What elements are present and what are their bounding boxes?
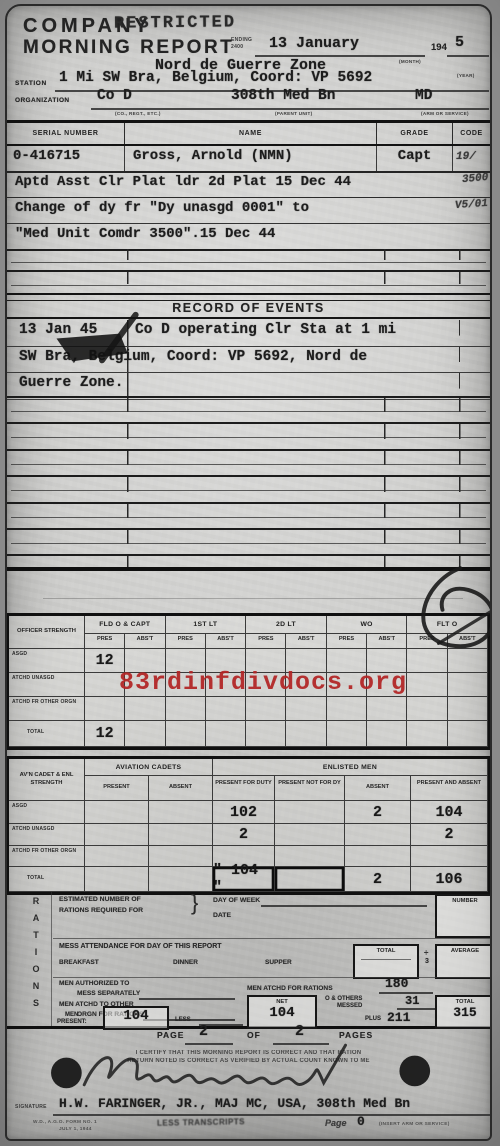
empty-cell bbox=[275, 801, 345, 824]
report-date-value: 13 January bbox=[269, 35, 359, 52]
form-title-morning-report: MORNING REPORT bbox=[23, 37, 234, 59]
em-asgd-absent: 2 bbox=[345, 801, 411, 824]
empty-cell bbox=[407, 673, 447, 697]
event-date: 13 Jan 45 bbox=[19, 322, 97, 338]
men-authorized-label-2: MESS SEPARATELY bbox=[77, 990, 140, 997]
estimated-rations-label-1: ESTIMATED NUMBER OF bbox=[59, 896, 141, 903]
subcol-abst: ABS'T bbox=[206, 634, 246, 649]
year-caption: (YEAR) bbox=[457, 73, 475, 78]
subcol-absent: ABSENT bbox=[345, 776, 411, 801]
col-header-grade: GRADE bbox=[377, 123, 453, 144]
signature-label: SIGNATURE bbox=[15, 1104, 47, 1110]
empty-cell bbox=[448, 697, 488, 721]
mess-attendance-label: MESS ATTENDANCE FOR DAY OF THIS REPORT bbox=[59, 943, 222, 950]
blank-line bbox=[139, 998, 235, 1000]
roster-row-4: "Med Unit Comdr 3500".15 Dec 44 bbox=[7, 223, 490, 251]
station-value: 1 Mi SW Bra, Belgium, Coord: VP 5692 bbox=[59, 70, 372, 86]
blank-row bbox=[7, 422, 490, 448]
plus-label: PLUS bbox=[365, 1016, 381, 1022]
empty-cell bbox=[206, 697, 246, 721]
day-of-week-label: DAY OF WEEK bbox=[213, 897, 260, 904]
empty-cell bbox=[206, 721, 246, 747]
empty-cell bbox=[85, 824, 149, 846]
men-authorized-label-1: MEN AUTHORIZED TO bbox=[59, 980, 129, 987]
dinner-label: DINNER bbox=[173, 959, 198, 966]
others-messed-label-1: O & OTHERS bbox=[325, 996, 362, 1002]
empty-cell bbox=[411, 846, 488, 867]
plus-value: 211 bbox=[387, 1010, 410, 1025]
caption-arm-service: (ARM OR SERVICE) bbox=[421, 111, 469, 116]
organization-arm: MD bbox=[415, 88, 432, 104]
record-of-events-title: RECORD OF EVENTS bbox=[172, 301, 325, 315]
form-number: W.D., A.G.O. FORM NO. 1 bbox=[33, 1120, 97, 1125]
net-box: NET 104 bbox=[247, 995, 317, 1029]
em-asgd-present-for-duty: 102 bbox=[213, 801, 275, 824]
subcol-present-and-absent: PRESENT AND ABSENT bbox=[411, 776, 488, 801]
scanned-morning-report: COMPANY RESTRICTED MORNING REPORT ENDING… bbox=[0, 0, 500, 1146]
enlisted-strength-table: AV'N CADET & ENL STRENGTH AVIATION CADET… bbox=[7, 756, 490, 895]
row-divider bbox=[53, 977, 490, 978]
col-group-wo: WO bbox=[327, 616, 408, 634]
ending-time: 2400 bbox=[231, 44, 243, 50]
net-box-label: NET bbox=[249, 997, 315, 1005]
record-of-events-rows: 13 Jan 45 Co D operating Clr Sta at 1 mi… bbox=[7, 320, 490, 400]
divide-glyph: ÷ bbox=[424, 948, 428, 957]
empty-cell bbox=[286, 721, 326, 747]
blank-line bbox=[91, 108, 489, 110]
em-atchd-present-for-duty: 2 bbox=[213, 824, 275, 846]
serial-number-value: 0-416715 bbox=[13, 148, 80, 164]
empty-cell bbox=[407, 649, 447, 673]
organization-label: ORGANIZATION bbox=[15, 97, 70, 104]
row-label-total: TOTAL bbox=[9, 867, 85, 892]
event-row: SW Bra, Belgium, Coord: VP 5692, Nord de bbox=[7, 347, 490, 374]
col-group-aviation-cadets: AVIATION CADETS bbox=[85, 759, 213, 776]
men-present-box: 104 bbox=[103, 1006, 169, 1030]
empty-cell bbox=[149, 846, 213, 867]
blank-roster-row bbox=[7, 270, 490, 294]
subcol-pres: PRES bbox=[85, 634, 125, 649]
blank-row bbox=[7, 528, 490, 554]
empty-cell bbox=[275, 846, 345, 867]
remark-text: Change of dy fr "Dy unasgd 0001" to bbox=[15, 200, 309, 216]
blank-event-rows bbox=[7, 396, 490, 581]
empty-cell bbox=[149, 824, 213, 846]
men-atchd-for-rations-label: MEN ATCHD FOR RATIONS bbox=[247, 985, 333, 992]
record-of-events-header: RECORD OF EVENTS bbox=[7, 299, 490, 319]
station-label: STATION bbox=[15, 80, 47, 87]
page-label: PAGE bbox=[157, 1030, 184, 1040]
page-number: 2 bbox=[199, 1023, 208, 1040]
subcol-abst: ABS'T bbox=[125, 634, 165, 649]
blank-line bbox=[447, 55, 489, 57]
archive-watermark: 83rdinfdivdocs.org bbox=[119, 668, 407, 697]
pages-label: PAGES bbox=[339, 1030, 373, 1040]
roster-row-3: Change of dy fr "Dy unasgd 0001" to V5/0… bbox=[7, 197, 490, 224]
em-asgd-present-and-absent: 104 bbox=[411, 801, 488, 824]
certification-line-1: I CERTIFY THAT THIS MORNING REPORT IS CO… bbox=[7, 1050, 490, 1056]
page-stamp-number: 0 bbox=[357, 1114, 365, 1129]
row-label-atchd-unasgd: ATCHD UNASGD bbox=[9, 673, 85, 697]
men-atchd-for-rations-value: 180 bbox=[385, 976, 408, 991]
men-present-label-2: PRESENT: bbox=[57, 1019, 87, 1025]
average-box: AVERAGE bbox=[435, 944, 492, 979]
grade-value: Capt bbox=[398, 148, 432, 164]
empty-cell bbox=[85, 697, 125, 721]
row-label-atchd-unasgd: ATCHD UNASGD bbox=[9, 824, 85, 846]
grade-cell: Capt bbox=[377, 146, 453, 171]
row-label-atchd-fr-other-orgn: ATCHD FR OTHER ORGN bbox=[9, 697, 85, 721]
subcol-cadets-present: PRESENT bbox=[85, 776, 149, 801]
em-atchd-present-and-absent: 2 bbox=[411, 824, 488, 846]
side-divider bbox=[51, 892, 52, 1026]
grand-total-label: TOTAL bbox=[437, 997, 492, 1005]
empty-cell bbox=[149, 801, 213, 824]
empty-cell bbox=[407, 721, 447, 747]
empty-cell bbox=[85, 846, 149, 867]
row-divider bbox=[53, 938, 490, 939]
subcol-pres: PRES bbox=[327, 634, 367, 649]
certification-line-2: RETURN NOTED IS CORRECT AS VERIFIED BY A… bbox=[7, 1058, 490, 1064]
supper-label: SUPPER bbox=[265, 959, 292, 966]
empty-cell bbox=[327, 721, 367, 747]
event-row: 13 Jan 45 Co D operating Clr Sta at 1 mi bbox=[7, 320, 490, 347]
col-group-flt-o: FLT O bbox=[407, 616, 488, 634]
serial-number-cell: 0-416715 bbox=[7, 146, 125, 171]
roster-row-1: 0-416715 Gross, Arnold (NMN) Capt 19/ bbox=[7, 146, 490, 173]
name-cell: Gross, Arnold (NMN) bbox=[125, 146, 377, 171]
blank-row bbox=[7, 502, 490, 528]
average-box-label: AVERAGE bbox=[437, 946, 492, 954]
col-group-fld-o-capt: FLD O & CAPT bbox=[85, 616, 166, 634]
brace-glyph: } bbox=[191, 890, 198, 916]
blank-row bbox=[7, 396, 490, 422]
col-header-name: NAME bbox=[125, 123, 377, 144]
subcol-cadets-absent: ABSENT bbox=[149, 776, 213, 801]
subcol-abst: ABS'T bbox=[367, 634, 407, 649]
blank-row bbox=[7, 475, 490, 501]
name-value: Gross, Arnold (NMN) bbox=[133, 148, 293, 164]
rations-section: RATIONS ESTIMATED NUMBER OF RATIONS REQU… bbox=[7, 892, 490, 1029]
empty-cell bbox=[345, 846, 411, 867]
col-header-serial-number: SERIAL NUMBER bbox=[7, 123, 125, 144]
less-label: LESS bbox=[175, 1017, 191, 1023]
remark-text: "Med Unit Comdr 3500".15 Dec 44 bbox=[15, 226, 275, 242]
form-page: COMPANY RESTRICTED MORNING REPORT ENDING… bbox=[5, 4, 492, 1141]
row-label-asgd: ASGD bbox=[9, 801, 85, 824]
empty-cell bbox=[407, 697, 447, 721]
empty-cell bbox=[286, 697, 326, 721]
subcol-pres: PRES bbox=[166, 634, 206, 649]
em-total-present-and-absent: 106 bbox=[411, 867, 488, 892]
event-text: Guerre Zone. bbox=[19, 375, 123, 391]
code-value: V5/01 bbox=[455, 198, 489, 212]
subcol-pres: PRES bbox=[246, 634, 286, 649]
code-cell: 19/ bbox=[453, 146, 490, 171]
grand-total-value: 315 bbox=[437, 1005, 492, 1020]
empty-cell bbox=[125, 721, 165, 747]
box-rule bbox=[361, 959, 411, 960]
month-caption: (MONTH) bbox=[399, 59, 421, 64]
empty-cell bbox=[448, 673, 488, 697]
empty-cell bbox=[246, 721, 286, 747]
blank-roster-row bbox=[7, 249, 490, 270]
col-header-code: CODE bbox=[453, 123, 490, 144]
year-typed: 5 bbox=[455, 34, 464, 51]
em-total-absent: 2 bbox=[345, 867, 411, 892]
col-group-enlisted-men: ENLISTED MEN bbox=[213, 759, 488, 776]
officer-strength-corner-label: OFFICER STRENGTH bbox=[9, 616, 85, 649]
total-box-label: TOTAL bbox=[355, 946, 417, 954]
men-present-value: 104 bbox=[105, 1008, 167, 1024]
caption-parent-unit: (PARENT UNIT) bbox=[275, 111, 313, 116]
restricted-stamp: RESTRICTED bbox=[114, 13, 236, 33]
total-box: TOTAL bbox=[353, 944, 419, 979]
empty-cell bbox=[125, 697, 165, 721]
blank-row bbox=[7, 449, 490, 475]
event-text: Co D operating Clr Sta at 1 mi bbox=[135, 322, 396, 338]
empty-cell bbox=[85, 801, 149, 824]
organization-company: Co D bbox=[97, 88, 132, 104]
number-box-label: NUMBER bbox=[437, 896, 492, 904]
subcol-present-for-duty: PRESENT FOR DUTY bbox=[213, 776, 275, 801]
year-printed: 194 bbox=[431, 42, 447, 53]
of-label: OF bbox=[247, 1030, 261, 1040]
row-label-atchd-fr-other-orgn: ATCHD FR OTHER ORGN bbox=[9, 846, 85, 867]
date-label: DATE bbox=[213, 912, 231, 919]
organization-parent-unit: 308th Med Bn bbox=[231, 88, 335, 104]
page-stamp: Page bbox=[325, 1118, 347, 1128]
form-date: JULY 1, 1944 bbox=[59, 1127, 92, 1132]
net-box-value: 104 bbox=[249, 1005, 315, 1021]
roster-row-2: Aptd Asst Clr Plat ldr 2d Plat 15 Dec 44… bbox=[7, 171, 490, 198]
empty-cell bbox=[275, 824, 345, 846]
divide-by-three: 3 bbox=[425, 958, 429, 965]
code-value: 3500 bbox=[461, 172, 488, 186]
subcol-abst: ABS'T bbox=[286, 634, 326, 649]
total-pages-number: 2 bbox=[295, 1023, 304, 1040]
others-messed-label-2: MESSED bbox=[337, 1003, 362, 1009]
center-stamp: LESS TRANSCRIPTS bbox=[157, 1117, 245, 1128]
empty-cell bbox=[448, 649, 488, 673]
others-messed-value: 31 bbox=[405, 994, 419, 1008]
section-divider bbox=[7, 567, 490, 571]
empty-cell bbox=[246, 697, 286, 721]
insert-arm-service-caption: (INSERT ARM OR SERVICE) bbox=[379, 1122, 450, 1127]
subcol-abst: ABS'T bbox=[448, 634, 488, 649]
blank-line bbox=[273, 1043, 329, 1045]
remark-text: Aptd Asst Clr Plat ldr 2d Plat 15 Dec 44 bbox=[15, 174, 351, 190]
subcol-present-not-for-duty: PRESENT NOT FOR DY bbox=[275, 776, 345, 801]
row-label-total: TOTAL bbox=[9, 721, 85, 747]
blank-line bbox=[53, 1114, 491, 1116]
empty-cell bbox=[367, 721, 407, 747]
ending-label: ENDING bbox=[231, 37, 252, 43]
faint-rule bbox=[43, 598, 463, 599]
roster-empty-rows bbox=[7, 249, 490, 294]
empty-cell bbox=[448, 721, 488, 747]
empty-cell bbox=[85, 867, 149, 892]
signature-typed-name: H.W. FARINGER, JR., MAJ MC, USA, 308th M… bbox=[59, 1096, 410, 1111]
empty-cell bbox=[166, 721, 206, 747]
blank-line bbox=[261, 905, 427, 907]
empty-cell bbox=[149, 867, 213, 892]
em-total-present-for-duty: " 104 " bbox=[213, 867, 275, 892]
officers-total-pres-value: 12 bbox=[85, 721, 125, 747]
rations-side-label: RATIONS bbox=[31, 896, 41, 1024]
number-box: NUMBER bbox=[435, 894, 492, 938]
empty-cell bbox=[345, 824, 411, 846]
enlisted-strength-corner-label: AV'N CADET & ENL STRENGTH bbox=[9, 759, 85, 801]
blank-line bbox=[185, 1043, 233, 1045]
col-group-2d-lt: 2D LT bbox=[246, 616, 327, 634]
breakfast-label: BREAKFAST bbox=[59, 959, 99, 966]
grand-total-box: TOTAL 315 bbox=[435, 995, 492, 1029]
empty-cell bbox=[275, 867, 345, 892]
subcol-pres: PRES bbox=[407, 634, 447, 649]
estimated-rations-label-2: RATIONS REQUIRED FOR bbox=[59, 907, 143, 914]
empty-cell bbox=[327, 697, 367, 721]
men-present-label-1: MEN bbox=[65, 1012, 78, 1018]
empty-cell bbox=[166, 697, 206, 721]
row-label-asgd: ASGD bbox=[9, 649, 85, 673]
caption-co-regt: (CO., REGT., ETC.) bbox=[115, 111, 161, 116]
code-value: 19/ bbox=[456, 151, 476, 163]
roster-header-row: SERIAL NUMBER NAME GRADE CODE bbox=[7, 120, 490, 146]
empty-cell bbox=[367, 697, 407, 721]
col-group-1st-lt: 1ST LT bbox=[166, 616, 247, 634]
event-text: SW Bra, Belgium, Coord: VP 5692, Nord de bbox=[19, 349, 367, 365]
